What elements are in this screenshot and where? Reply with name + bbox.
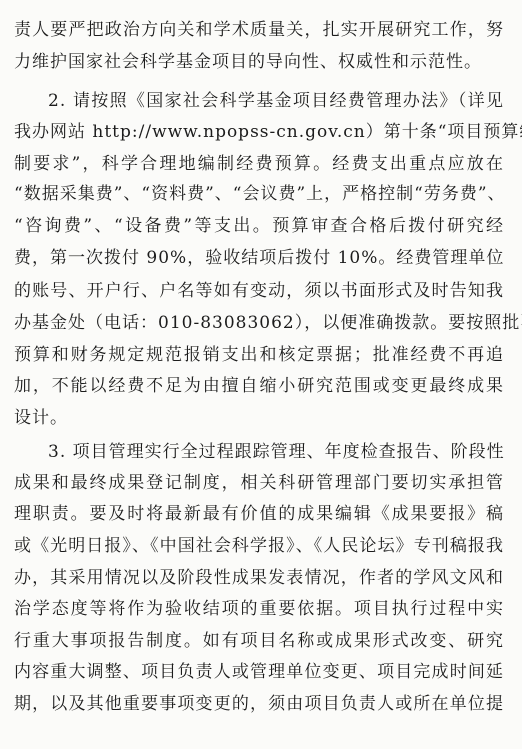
text-line: 责人要严把政治方向关和学术质量关，扎实开展研究工作，努 (14, 19, 504, 41)
text-line: 内容重大调整、项目负责人或管理单位变更、项目完成时间延 (14, 661, 504, 683)
text-line: 制要求”，科学合理地编制经费预算。经费支出重点应放在 (14, 153, 504, 175)
text-line: 设计。 (14, 407, 504, 429)
text-line: 预算和财务规定规范报销支出和核定票据；批准经费不再追 (14, 344, 504, 366)
text-line: 加，不能以经费不足为由擅自缩小研究范围或变更最终成果 (14, 375, 504, 397)
document-page: 责人要严把政治方向关和学术质量关，扎实开展研究工作，努 力维护国家社会科学基金项… (0, 0, 522, 749)
text-line: 力维护国家社会科学基金项目的导向性、权威性和示范性。 (14, 51, 504, 73)
text-line: 成果和最终成果登记制度，相关科研管理部门要切实承担管 (14, 472, 504, 494)
text-line: 我办网站 http://www.npopss-cn.gov.cn）第十条“项目预… (14, 121, 504, 143)
text-line: “数据采集费”、“资料费”、“会议费”上，严格控制“劳务费”、 (14, 183, 504, 205)
text-line: 费，第一次拨付 90%，验收结项后拨付 10%。经费管理单位 (14, 247, 504, 269)
text-line: 期，以及其他重要事项变更的，须由项目负责人或所在单位提 (14, 693, 504, 715)
text-line: 或《光明日报》、《中国社会科学报》、《人民论坛》专刊稿报我 (14, 535, 504, 557)
text-line: 的账号、开户行、户名等如有变动，须以书面形式及时告知我 (14, 280, 504, 302)
text-line: 办，其采用情况以及阶段性成果发表情况，作者的学风文风和 (14, 567, 504, 589)
text-line: 治学态度等将作为验收结项的重要依据。项目执行过程中实 (14, 598, 504, 620)
text-line: 办基金处（电话：010-83083062），以便准确拨款。要按照批准 (14, 312, 504, 334)
text-line: 2. 请按照《国家社会科学基金项目经费管理办法》（详见 (48, 90, 504, 112)
text-line: 行重大事项报告制度。如有项目名称或成果形式改变、研究 (14, 630, 504, 652)
text-line: 3. 项目管理实行全过程跟踪管理、年度检查报告、阶段性 (48, 441, 504, 463)
text-line: “咨询费”、“设备费”等支出。预算审查合格后拨付研究经 (14, 215, 504, 237)
text-line: 理职责。要及时将最新最有价值的成果编辑《成果要报》稿 (14, 503, 504, 525)
